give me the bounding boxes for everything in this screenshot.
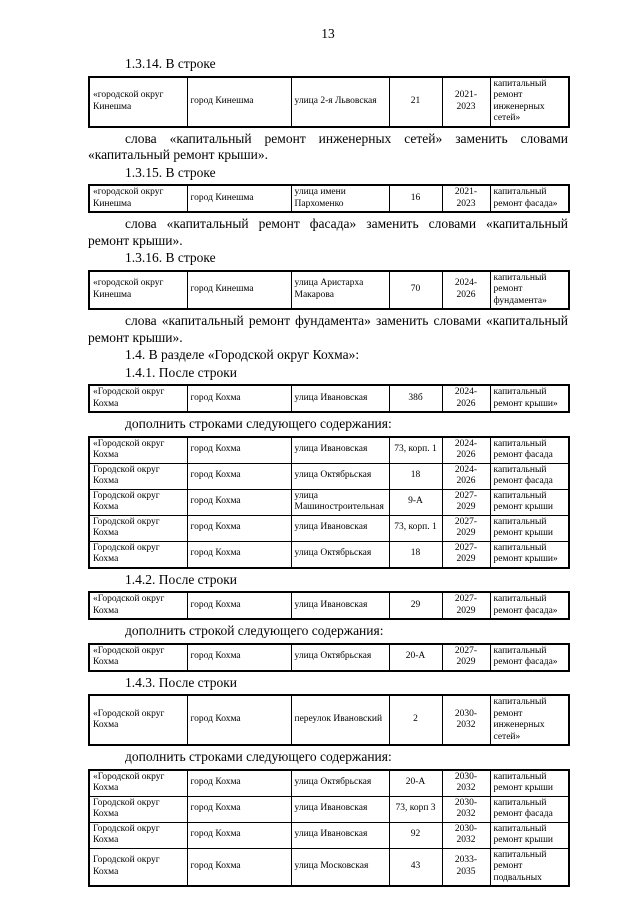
table-cell: капитальный ремонт фасада xyxy=(490,437,569,464)
table-cell: 2021-2023 xyxy=(442,185,490,212)
table-row: «Городской округ Кохмагород Кохмаулица О… xyxy=(89,770,569,797)
table-cell: 2024-2026 xyxy=(442,463,490,489)
table-cell: город Кохма xyxy=(187,437,291,464)
table-cell: «городской округ Кинешма xyxy=(89,271,187,310)
table-cell: город Кохма xyxy=(187,695,291,745)
table-cell: «Городской округ Кохма xyxy=(89,644,187,671)
table-cell: Городской округ Кохма xyxy=(89,463,187,489)
table-cell: 20-А xyxy=(389,644,442,671)
table-cell: 20-А xyxy=(389,770,442,797)
table-cell: капитальный ремонт фундамента» xyxy=(490,271,569,310)
table-cell: 21 xyxy=(389,77,442,127)
table-cell: капитальный ремонт крыши xyxy=(490,770,569,797)
added-rows-table-1-4-2: «Городской округ Кохмагород Кохмаулица О… xyxy=(88,643,570,672)
base-row-table-1-4-2: «Городской округ Кохмагород Кохмаулица И… xyxy=(88,591,570,620)
table-cell: «Городской округ Кохма xyxy=(89,770,187,797)
table-cell: 2027-2029 xyxy=(442,515,490,541)
page-number: 13 xyxy=(88,26,568,42)
section-heading-1-3-16: 1.3.16. В строке xyxy=(88,250,568,267)
table-cell: улица Октябрьская xyxy=(291,541,389,568)
table-row: «Городской округ Кохмагород Кохмаулица О… xyxy=(89,644,569,671)
table-cell: Городской округ Кохма xyxy=(89,848,187,886)
table-cell: 2027-2029 xyxy=(442,644,490,671)
table-row: «Городской округ Кохмагород Кохмаулица И… xyxy=(89,437,569,464)
table-cell: улица Машиностроительная xyxy=(291,489,389,515)
table-row: «Городской округ Кохмагород Кохмаулица И… xyxy=(89,385,569,412)
table-row: Городской округ Кохмагород Кохмаулица Ма… xyxy=(89,489,569,515)
table-row: «городской округ Кинешмагород Кинешмаули… xyxy=(89,185,569,212)
table-cell: капитальный ремонт крыши xyxy=(490,822,569,848)
table-cell: улица Аристарха Макарова xyxy=(291,271,389,310)
table-cell: улица Октябрьская xyxy=(291,463,389,489)
table-cell: улица 2-я Львовская xyxy=(291,77,389,127)
table-cell: «Городской округ Кохма xyxy=(89,437,187,464)
table-cell: капитальный ремонт фасада» xyxy=(490,644,569,671)
table-cell: 18 xyxy=(389,463,442,489)
table-cell: 2030-2032 xyxy=(442,822,490,848)
table-cell: 70 xyxy=(389,271,442,310)
amendment-paragraph-1-3-15: слова «капитальный ремонт фасада» замени… xyxy=(88,216,568,249)
table-cell: 2030-2032 xyxy=(442,796,490,822)
table-cell: город Кохма xyxy=(187,796,291,822)
table-cell: «Городской округ Кохма xyxy=(89,592,187,619)
table-cell: город Кохма xyxy=(187,541,291,568)
table-cell: «Городской округ Кохма xyxy=(89,695,187,745)
table-cell: 2030-2032 xyxy=(442,770,490,797)
table-cell: «городской округ Кинешма xyxy=(89,77,187,127)
table-cell: 73, корп. 1 xyxy=(389,515,442,541)
section-heading-1-4-3: 1.4.3. После строки xyxy=(88,675,568,692)
added-rows-table-1-4-3: «Городской округ Кохмагород Кохмаулица О… xyxy=(88,769,570,888)
table-row: «городской округ Кинешмагород Кинешмаули… xyxy=(89,271,569,310)
table-cell: капитальный ремонт инженерных сетей» xyxy=(490,695,569,745)
table-cell: улица Ивановская xyxy=(291,592,389,619)
table-cell: капитальный ремонт подвальных xyxy=(490,848,569,886)
table-cell: 18 xyxy=(389,541,442,568)
amendment-table-1-3-14: «городской округ Кинешмагород Кинешмаули… xyxy=(88,76,570,128)
table-cell: 2024-2026 xyxy=(442,437,490,464)
table-cell: 2024-2026 xyxy=(442,385,490,412)
section-heading-1-3-15: 1.3.15. В строке xyxy=(88,165,568,182)
table-cell: 2024-2026 xyxy=(442,271,490,310)
table-cell: улица Ивановская xyxy=(291,515,389,541)
table-cell: 2033-2035 xyxy=(442,848,490,886)
middle-paragraph-1-4-1: дополнить строками следующего содержания… xyxy=(88,416,568,433)
table-cell: город Кохма xyxy=(187,822,291,848)
amendment-paragraph-1-3-14: слова «капитальный ремонт инженерных сет… xyxy=(88,131,568,164)
table-cell: улица Московская xyxy=(291,848,389,886)
table-cell: «Городской округ Кохма xyxy=(89,385,187,412)
table-cell: город Кинешма xyxy=(187,271,291,310)
table-cell: город Кохма xyxy=(187,515,291,541)
table-row: «Городской округ Кохмагород Кохмаулица И… xyxy=(89,592,569,619)
table-cell: 2021-2023 xyxy=(442,77,490,127)
section-heading-1-4: 1.4. В разделе «Городской округ Кохма»: xyxy=(88,347,568,364)
table-cell: 9-А xyxy=(389,489,442,515)
base-row-table-1-4-3: «Городской округ Кохмагород Кохмапереуло… xyxy=(88,694,570,746)
table-cell: Городской округ Кохма xyxy=(89,489,187,515)
table-row: Городской округ Кохмагород Кохмаулица Ив… xyxy=(89,822,569,848)
amendment-table-1-3-16: «городской округ Кинешмагород Кинешмаули… xyxy=(88,270,570,311)
table-cell: Городской округ Кохма xyxy=(89,822,187,848)
table-cell: город Кинешма xyxy=(187,185,291,212)
document-page: 13 1.3.14. В строке «городской округ Кин… xyxy=(0,0,640,905)
amendment-paragraph-1-3-16: слова «капитальный ремонт фундамента» за… xyxy=(88,313,568,346)
table-cell: город Кохма xyxy=(187,592,291,619)
table-cell: капитальный ремонт фасада xyxy=(490,796,569,822)
table-row: Городской округ Кохмагород Кохмаулица Ок… xyxy=(89,463,569,489)
table-cell: город Кохма xyxy=(187,770,291,797)
table-cell: улица Ивановская xyxy=(291,822,389,848)
middle-paragraph-1-4-2: дополнить строкой следующего содержания: xyxy=(88,623,568,640)
table-cell: 2027-2029 xyxy=(442,541,490,568)
table-cell: 73, корп. 1 xyxy=(389,437,442,464)
table-cell: улица имени Пархоменко xyxy=(291,185,389,212)
amendment-table-1-3-15: «городской округ Кинешмагород Кинешмаули… xyxy=(88,184,570,213)
table-cell: капитальный ремонт крыши xyxy=(490,515,569,541)
table-cell: 43 xyxy=(389,848,442,886)
table-cell: 29 xyxy=(389,592,442,619)
table-cell: 16 xyxy=(389,185,442,212)
table-cell: Городской округ Кохма xyxy=(89,515,187,541)
table-cell: 92 xyxy=(389,822,442,848)
added-rows-table-1-4-1: «Городской округ Кохмагород Кохмаулица И… xyxy=(88,436,570,569)
table-row: Городской округ Кохмагород Кохмаулица Ив… xyxy=(89,515,569,541)
table-row: «Городской округ Кохмагород Кохмапереуло… xyxy=(89,695,569,745)
section-heading-1-4-2: 1.4.2. После строки xyxy=(88,572,568,589)
section-heading-1-4-1: 1.4.1. После строки xyxy=(88,365,568,382)
table-row: Городской округ Кохмагород Кохмаулица Ив… xyxy=(89,796,569,822)
table-cell: улица Ивановская xyxy=(291,796,389,822)
table-cell: переулок Ивановский xyxy=(291,695,389,745)
table-cell: Городской округ Кохма xyxy=(89,796,187,822)
table-cell: город Кохма xyxy=(187,644,291,671)
table-cell: улица Ивановская xyxy=(291,437,389,464)
table-cell: улица Ивановская xyxy=(291,385,389,412)
table-cell: капитальный ремонт крыши» xyxy=(490,541,569,568)
table-cell: капитальный ремонт крыши xyxy=(490,489,569,515)
table-cell: 73, корп 3 xyxy=(389,796,442,822)
table-row: «городской округ Кинешмагород Кинешмаули… xyxy=(89,77,569,127)
table-cell: улица Октябрьская xyxy=(291,644,389,671)
table-cell: город Кохма xyxy=(187,489,291,515)
table-cell: капитальный ремонт фасада» xyxy=(490,592,569,619)
table-cell: Городской округ Кохма xyxy=(89,541,187,568)
table-cell: город Кохма xyxy=(187,385,291,412)
table-cell: «городской округ Кинешма xyxy=(89,185,187,212)
table-cell: город Кохма xyxy=(187,463,291,489)
section-heading-1-3-14: 1.3.14. В строке xyxy=(88,56,568,73)
table-cell: капитальный ремонт фасада» xyxy=(490,185,569,212)
table-cell: город Кохма xyxy=(187,848,291,886)
table-cell: город Кинешма xyxy=(187,77,291,127)
table-cell: улица Октябрьская xyxy=(291,770,389,797)
table-cell: 2 xyxy=(389,695,442,745)
middle-paragraph-1-4-3: дополнить строками следующего содержания… xyxy=(88,749,568,766)
table-cell: 2030-2032 xyxy=(442,695,490,745)
table-cell: капитальный ремонт крыши» xyxy=(490,385,569,412)
table-row: Городской округ Кохмагород Кохмаулица Мо… xyxy=(89,848,569,886)
table-cell: капитальный ремонт фасада xyxy=(490,463,569,489)
base-row-table-1-4-1: «Городской округ Кохмагород Кохмаулица И… xyxy=(88,384,570,413)
table-cell: 2027-2029 xyxy=(442,592,490,619)
table-cell: 2027-2029 xyxy=(442,489,490,515)
table-cell: капитальный ремонт инженерных сетей» xyxy=(490,77,569,127)
table-row: Городской округ Кохмагород Кохмаулица Ок… xyxy=(89,541,569,568)
table-cell: 38б xyxy=(389,385,442,412)
